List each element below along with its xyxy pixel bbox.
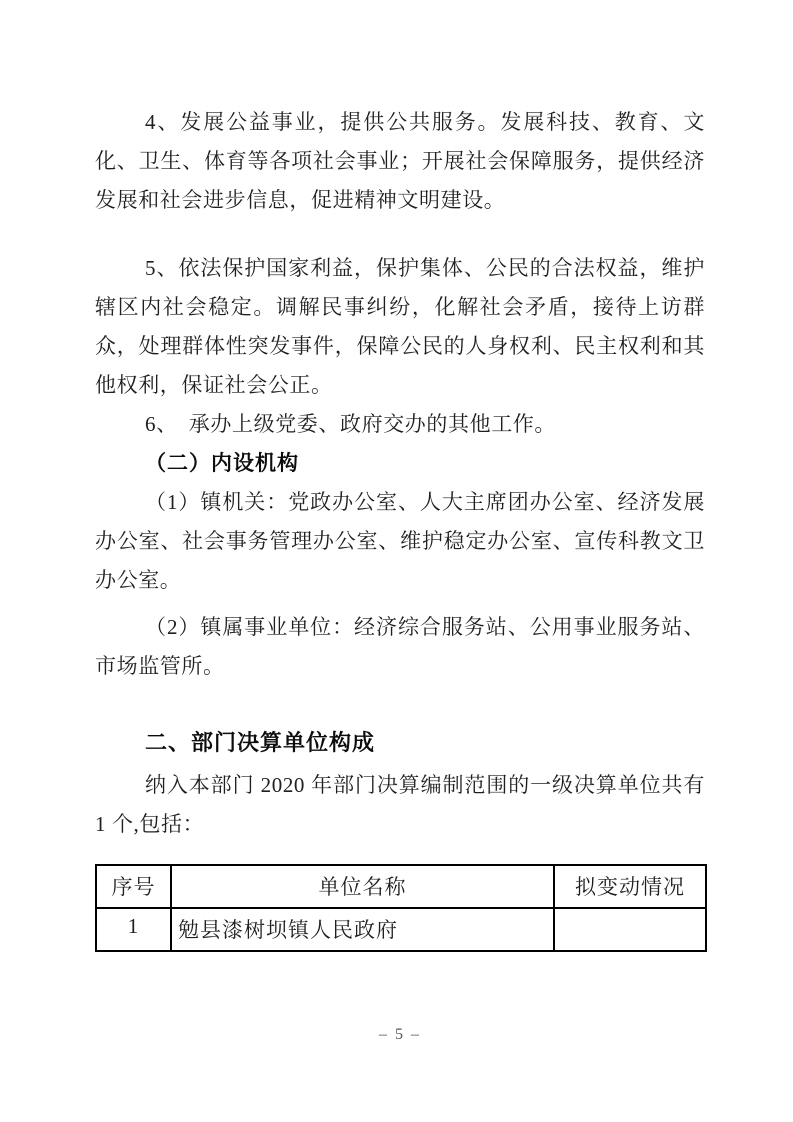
paragraph-unit-intro: 纳入本部门 2020 年部门决算编制范围的一级决算单位共有 1 个,包括： — [95, 766, 705, 844]
paragraph-duty-4: 4、发展公益事业，提供公共服务。发展科技、教育、文化、卫生、体育等各项社会事业；… — [95, 103, 705, 220]
column-header-planned-change: 拟变动情况 — [554, 865, 706, 908]
cell-index: 1 — [96, 908, 171, 951]
paragraph-org-2: （2）镇属事业单位：经济综合服务站、公用事业服务站、市场监管所。 — [95, 608, 705, 686]
cell-planned-change — [554, 908, 706, 951]
column-header-index: 序号 — [96, 865, 171, 908]
heading-internal-org: （二）内设机构 — [95, 444, 705, 483]
paragraph-duty-6: 6、 承办上级党委、政府交办的其他工作。 — [95, 405, 705, 444]
document-page: 4、发展公益事业，提供公共服务。发展科技、教育、文化、卫生、体育等各项社会事业；… — [0, 0, 793, 1122]
table-header-row: 序号 单位名称 拟变动情况 — [96, 865, 706, 908]
unit-composition-table: 序号 单位名称 拟变动情况 1 勉县漆树坝镇人民政府 — [95, 864, 707, 952]
paragraph-org-1: （1）镇机关：党政办公室、人大主席团办公室、经济发展办公室、社会事务管理办公室、… — [95, 483, 705, 600]
page-number: – 5 – — [95, 1026, 705, 1044]
column-header-unit-name: 单位名称 — [171, 865, 554, 908]
heading-unit-composition: 二、部门决算单位构成 — [95, 723, 705, 762]
cell-unit-name: 勉县漆树坝镇人民政府 — [171, 908, 554, 951]
table-row: 1 勉县漆树坝镇人民政府 — [96, 908, 706, 951]
paragraph-duty-5: 5、依法保护国家利益，保护集体、公民的合法权益，维护辖区内社会稳定。调解民事纠纷… — [95, 249, 705, 405]
